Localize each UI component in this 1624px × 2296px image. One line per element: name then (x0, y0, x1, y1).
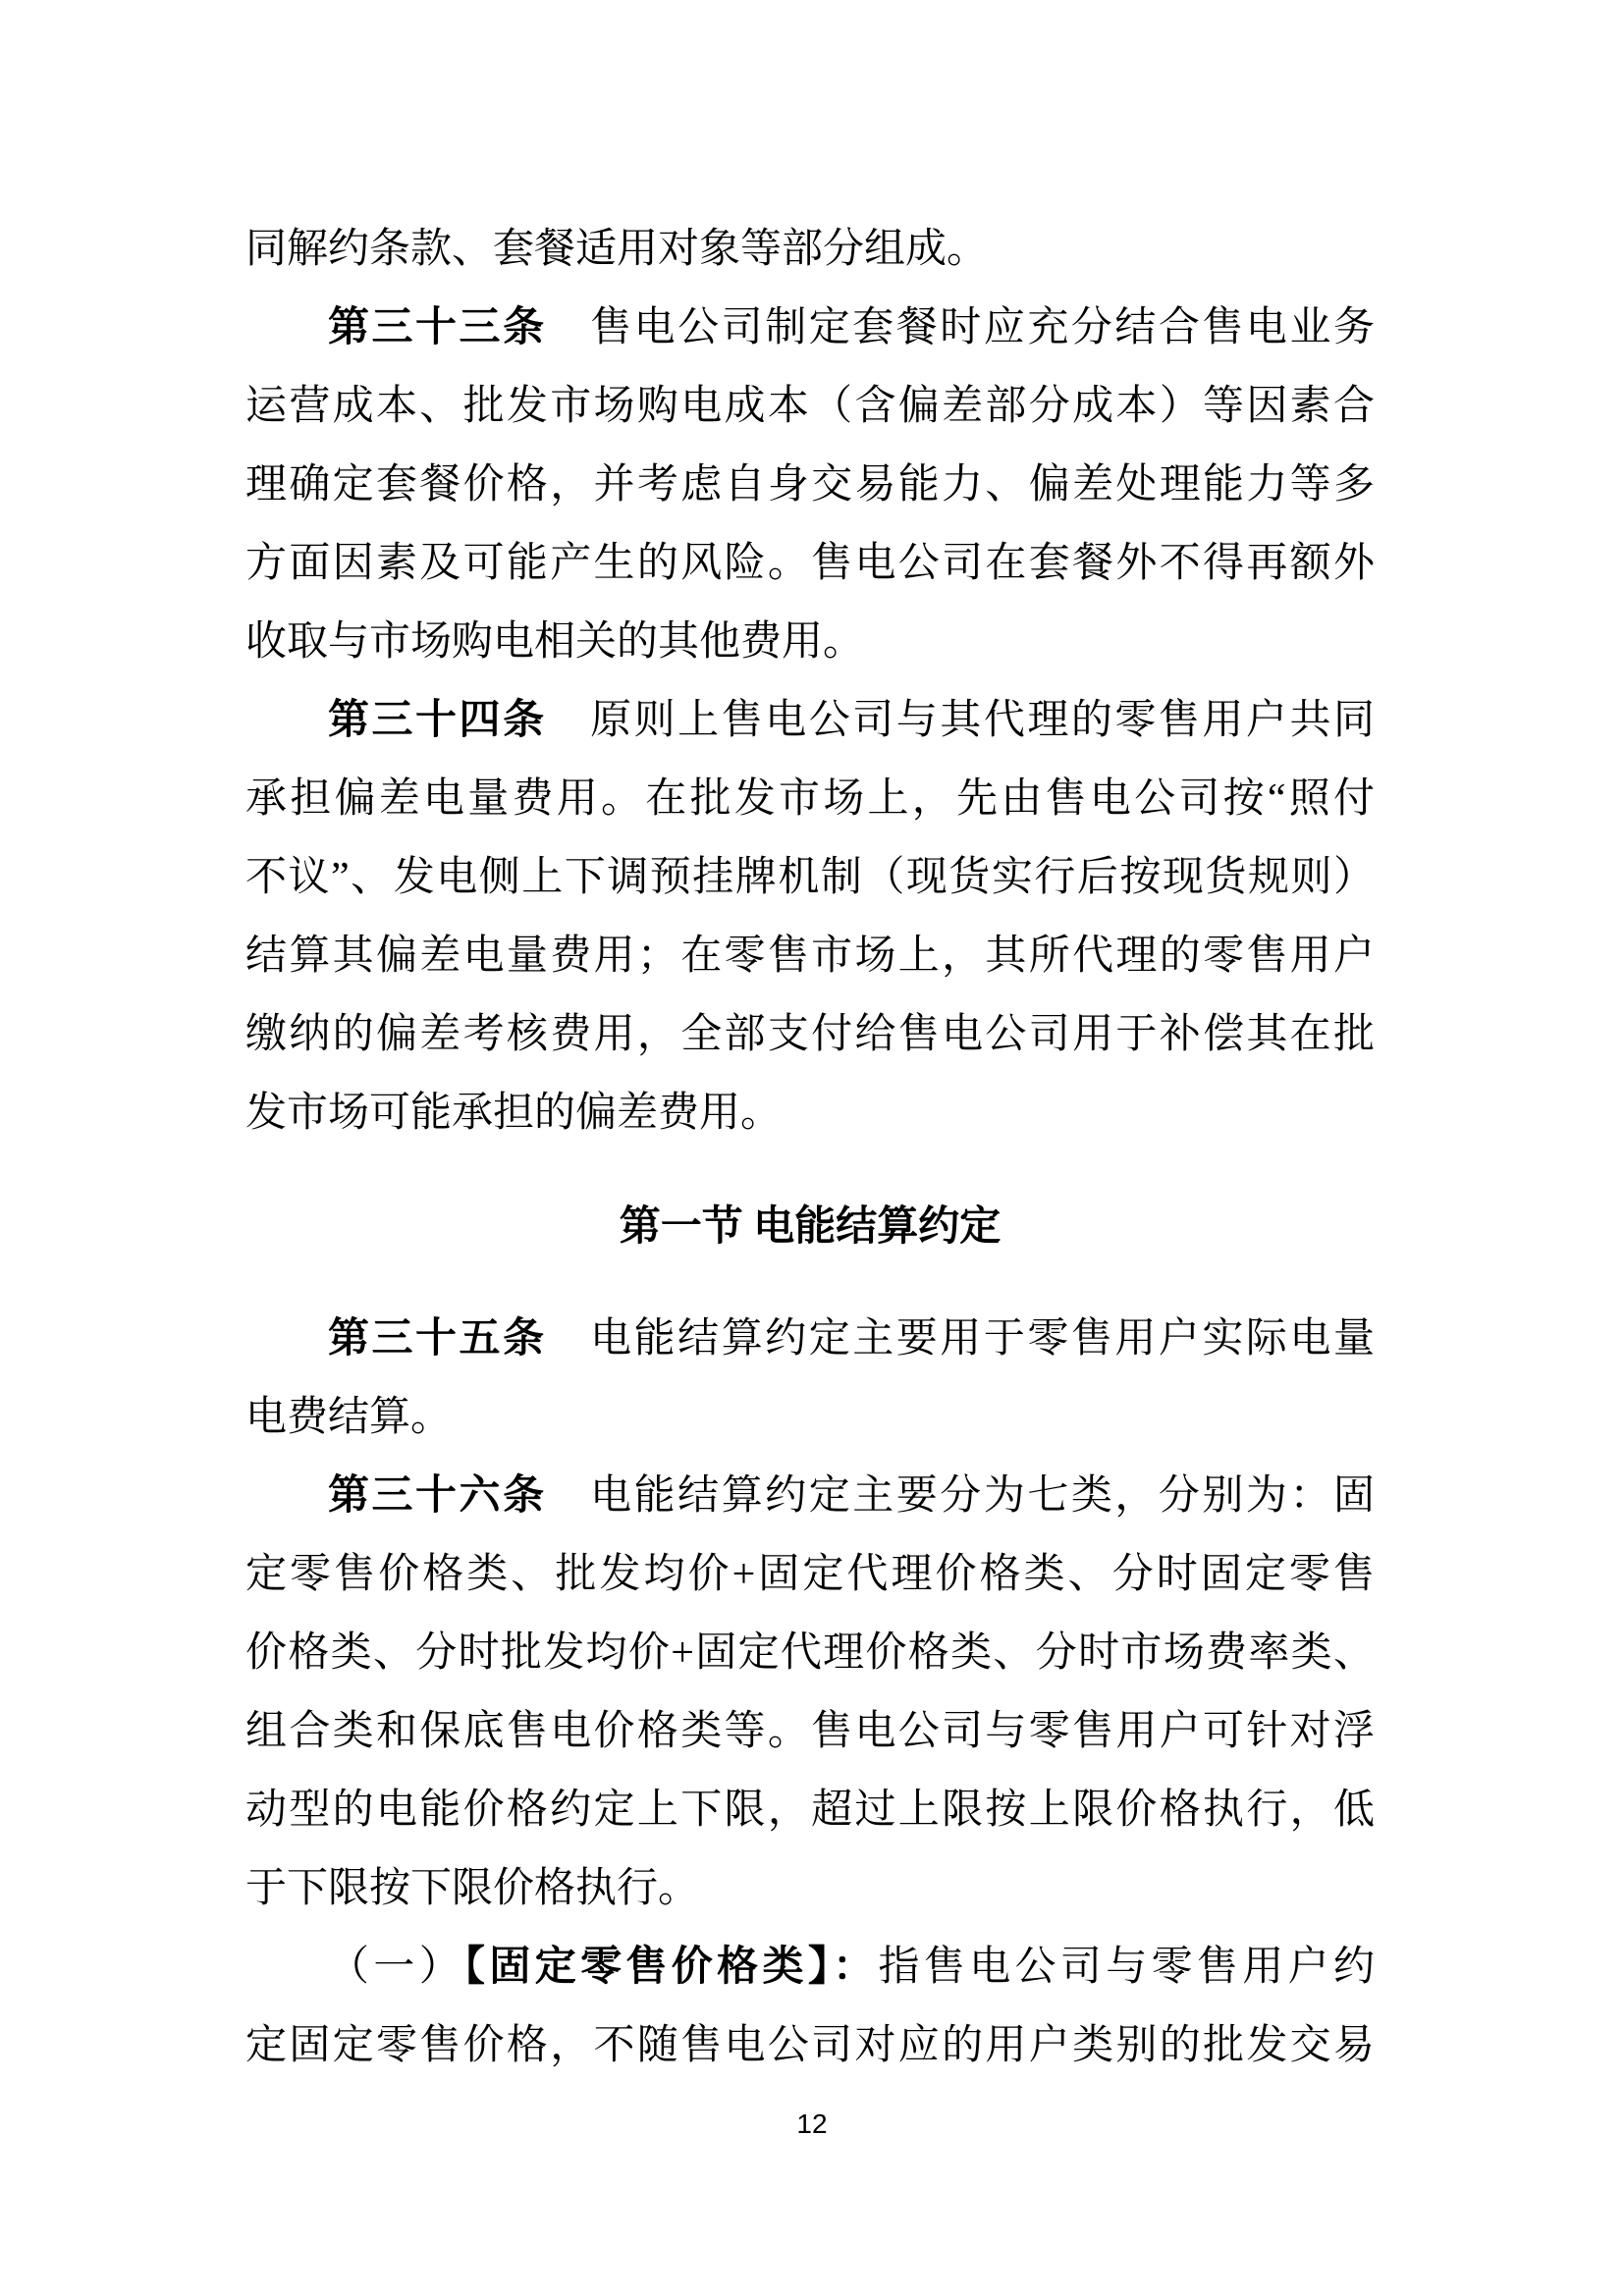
text-segment: 价格类、分时批发均价+固定代理价格类、分时市场费率类、 (245, 1630, 1375, 1676)
text-line: 方面因素及可能产生的风险。售电公司在套餐外不得再额外 (245, 524, 1375, 603)
text-segment: 电能结算约定主要分为七类，分别为：固 (547, 1473, 1375, 1519)
text-line: 发市场可能承担的偏差费用。 (245, 1074, 1375, 1152)
text-segment: 定固定零售价格，不随售电公司对应的用户类别的批发交易 (245, 2023, 1375, 2068)
text-line: 运营成本、批发市场购电成本（含偏差部分成本）等因素合 (245, 367, 1375, 446)
document-page: 同解约条款、套餐适用对象等部分组成。第三十三条 售电公司制定套餐时应充分结合售电… (0, 0, 1624, 2296)
text-segment: 承担偏差电量费用。在批发市场上，先由售电公司按“照付 (245, 776, 1375, 822)
text-segment: 方面因素及可能产生的风险。售电公司在套餐外不得再额外 (245, 541, 1375, 586)
text-line: 理确定套餐价格，并考虑自身交易能力、偏差处理能力等多 (245, 446, 1375, 524)
text-line: 第三十三条 售电公司制定套餐时应充分结合售电业务 (245, 289, 1375, 367)
text-segment: 定零售价格类、批发均价+固定代理价格类、分时固定零售 (245, 1552, 1375, 1597)
text-line: 价格类、分时批发均价+固定代理价格类、分时市场费率类、 (245, 1614, 1375, 1692)
document-body: 同解约条款、套餐适用对象等部分组成。第三十三条 售电公司制定套餐时应充分结合售电… (245, 210, 1375, 2085)
text-segment: 于下限按下限价格执行。 (245, 1866, 699, 1911)
text-line: 不议”、发电侧上下调预挂牌机制（现货实行后按现货规则） (245, 838, 1375, 917)
text-segment: 收取与市场购电相关的其他费用。 (245, 619, 864, 665)
text-segment: 电能结算约定主要用于零售用户实际电量 (547, 1316, 1375, 1362)
bold-text-segment: 第三十六条 (328, 1473, 547, 1519)
text-segment: 原则上售电公司与其代理的零售用户共同 (547, 698, 1375, 743)
text-segment: 结算其偏差电量费用；在零售市场上，其所代理的零售用户 (245, 934, 1375, 979)
text-line: 第三十四条 原则上售电公司与其代理的零售用户共同 (245, 681, 1375, 760)
text-segment: 不议”、发电侧上下调预挂牌机制（现货实行后按现货规则） (245, 855, 1375, 900)
text-line: 第三十五条 电能结算约定主要用于零售用户实际电量 (245, 1300, 1375, 1378)
bold-text-segment: 第一节 电能结算约定 (620, 1204, 1001, 1250)
bold-text-segment: 第三十五条 (328, 1316, 547, 1362)
text-segment: 发市场可能承担的偏差费用。 (245, 1091, 782, 1136)
text-segment: 电费结算。 (245, 1395, 452, 1440)
text-segment: 理确定套餐价格，并考虑自身交易能力、偏差处理能力等多 (245, 462, 1375, 507)
text-segment: 动型的电能价格约定上下限，超过上限按上限价格执行，低 (245, 1788, 1375, 1833)
text-line: 收取与市场购电相关的其他费用。 (245, 603, 1375, 681)
bold-text-segment: 第三十三条 (328, 305, 547, 350)
section-heading: 第一节 电能结算约定 (245, 1188, 1375, 1266)
text-line: 于下限按下限价格执行。 (245, 1849, 1375, 1928)
text-segment: 同解约条款、套餐适用对象等部分组成。 (245, 227, 988, 272)
text-line: （一）【固定零售价格类】：指售电公司与零售用户约 (245, 1928, 1375, 2006)
text-line: 组合类和保底售电价格类等。售电公司与零售用户可针对浮 (245, 1692, 1375, 1771)
text-segment: 售电公司制定套餐时应充分结合售电业务 (547, 305, 1375, 350)
text-line: 承担偏差电量费用。在批发市场上，先由售电公司按“照付 (245, 760, 1375, 838)
text-segment: （一） (328, 1945, 464, 1990)
bold-text-segment: 【固定零售价格类】： (464, 1945, 878, 1990)
text-line: 结算其偏差电量费用；在零售市场上，其所代理的零售用户 (245, 917, 1375, 995)
text-segment: 指售电公司与零售用户约 (879, 1945, 1375, 1990)
text-line: 定零售价格类、批发均价+固定代理价格类、分时固定零售 (245, 1535, 1375, 1614)
page-number: 12 (0, 2107, 1624, 2142)
text-segment: 缴纳的偏差考核费用，全部支付给售电公司用于补偿其在批 (245, 1012, 1375, 1057)
text-segment: 组合类和保底售电价格类等。售电公司与零售用户可针对浮 (245, 1709, 1375, 1754)
text-line: 第三十六条 电能结算约定主要分为七类，分别为：固 (245, 1457, 1375, 1535)
text-line: 定固定零售价格，不随售电公司对应的用户类别的批发交易 (245, 2006, 1375, 2085)
text-line: 同解约条款、套餐适用对象等部分组成。 (245, 210, 1375, 289)
text-segment: 运营成本、批发市场购电成本（含偏差部分成本）等因素合 (245, 384, 1375, 429)
bold-text-segment: 第三十四条 (328, 698, 547, 743)
text-line: 缴纳的偏差考核费用，全部支付给售电公司用于补偿其在批 (245, 995, 1375, 1074)
text-line: 动型的电能价格约定上下限，超过上限按上限价格执行，低 (245, 1771, 1375, 1849)
text-line: 电费结算。 (245, 1378, 1375, 1457)
